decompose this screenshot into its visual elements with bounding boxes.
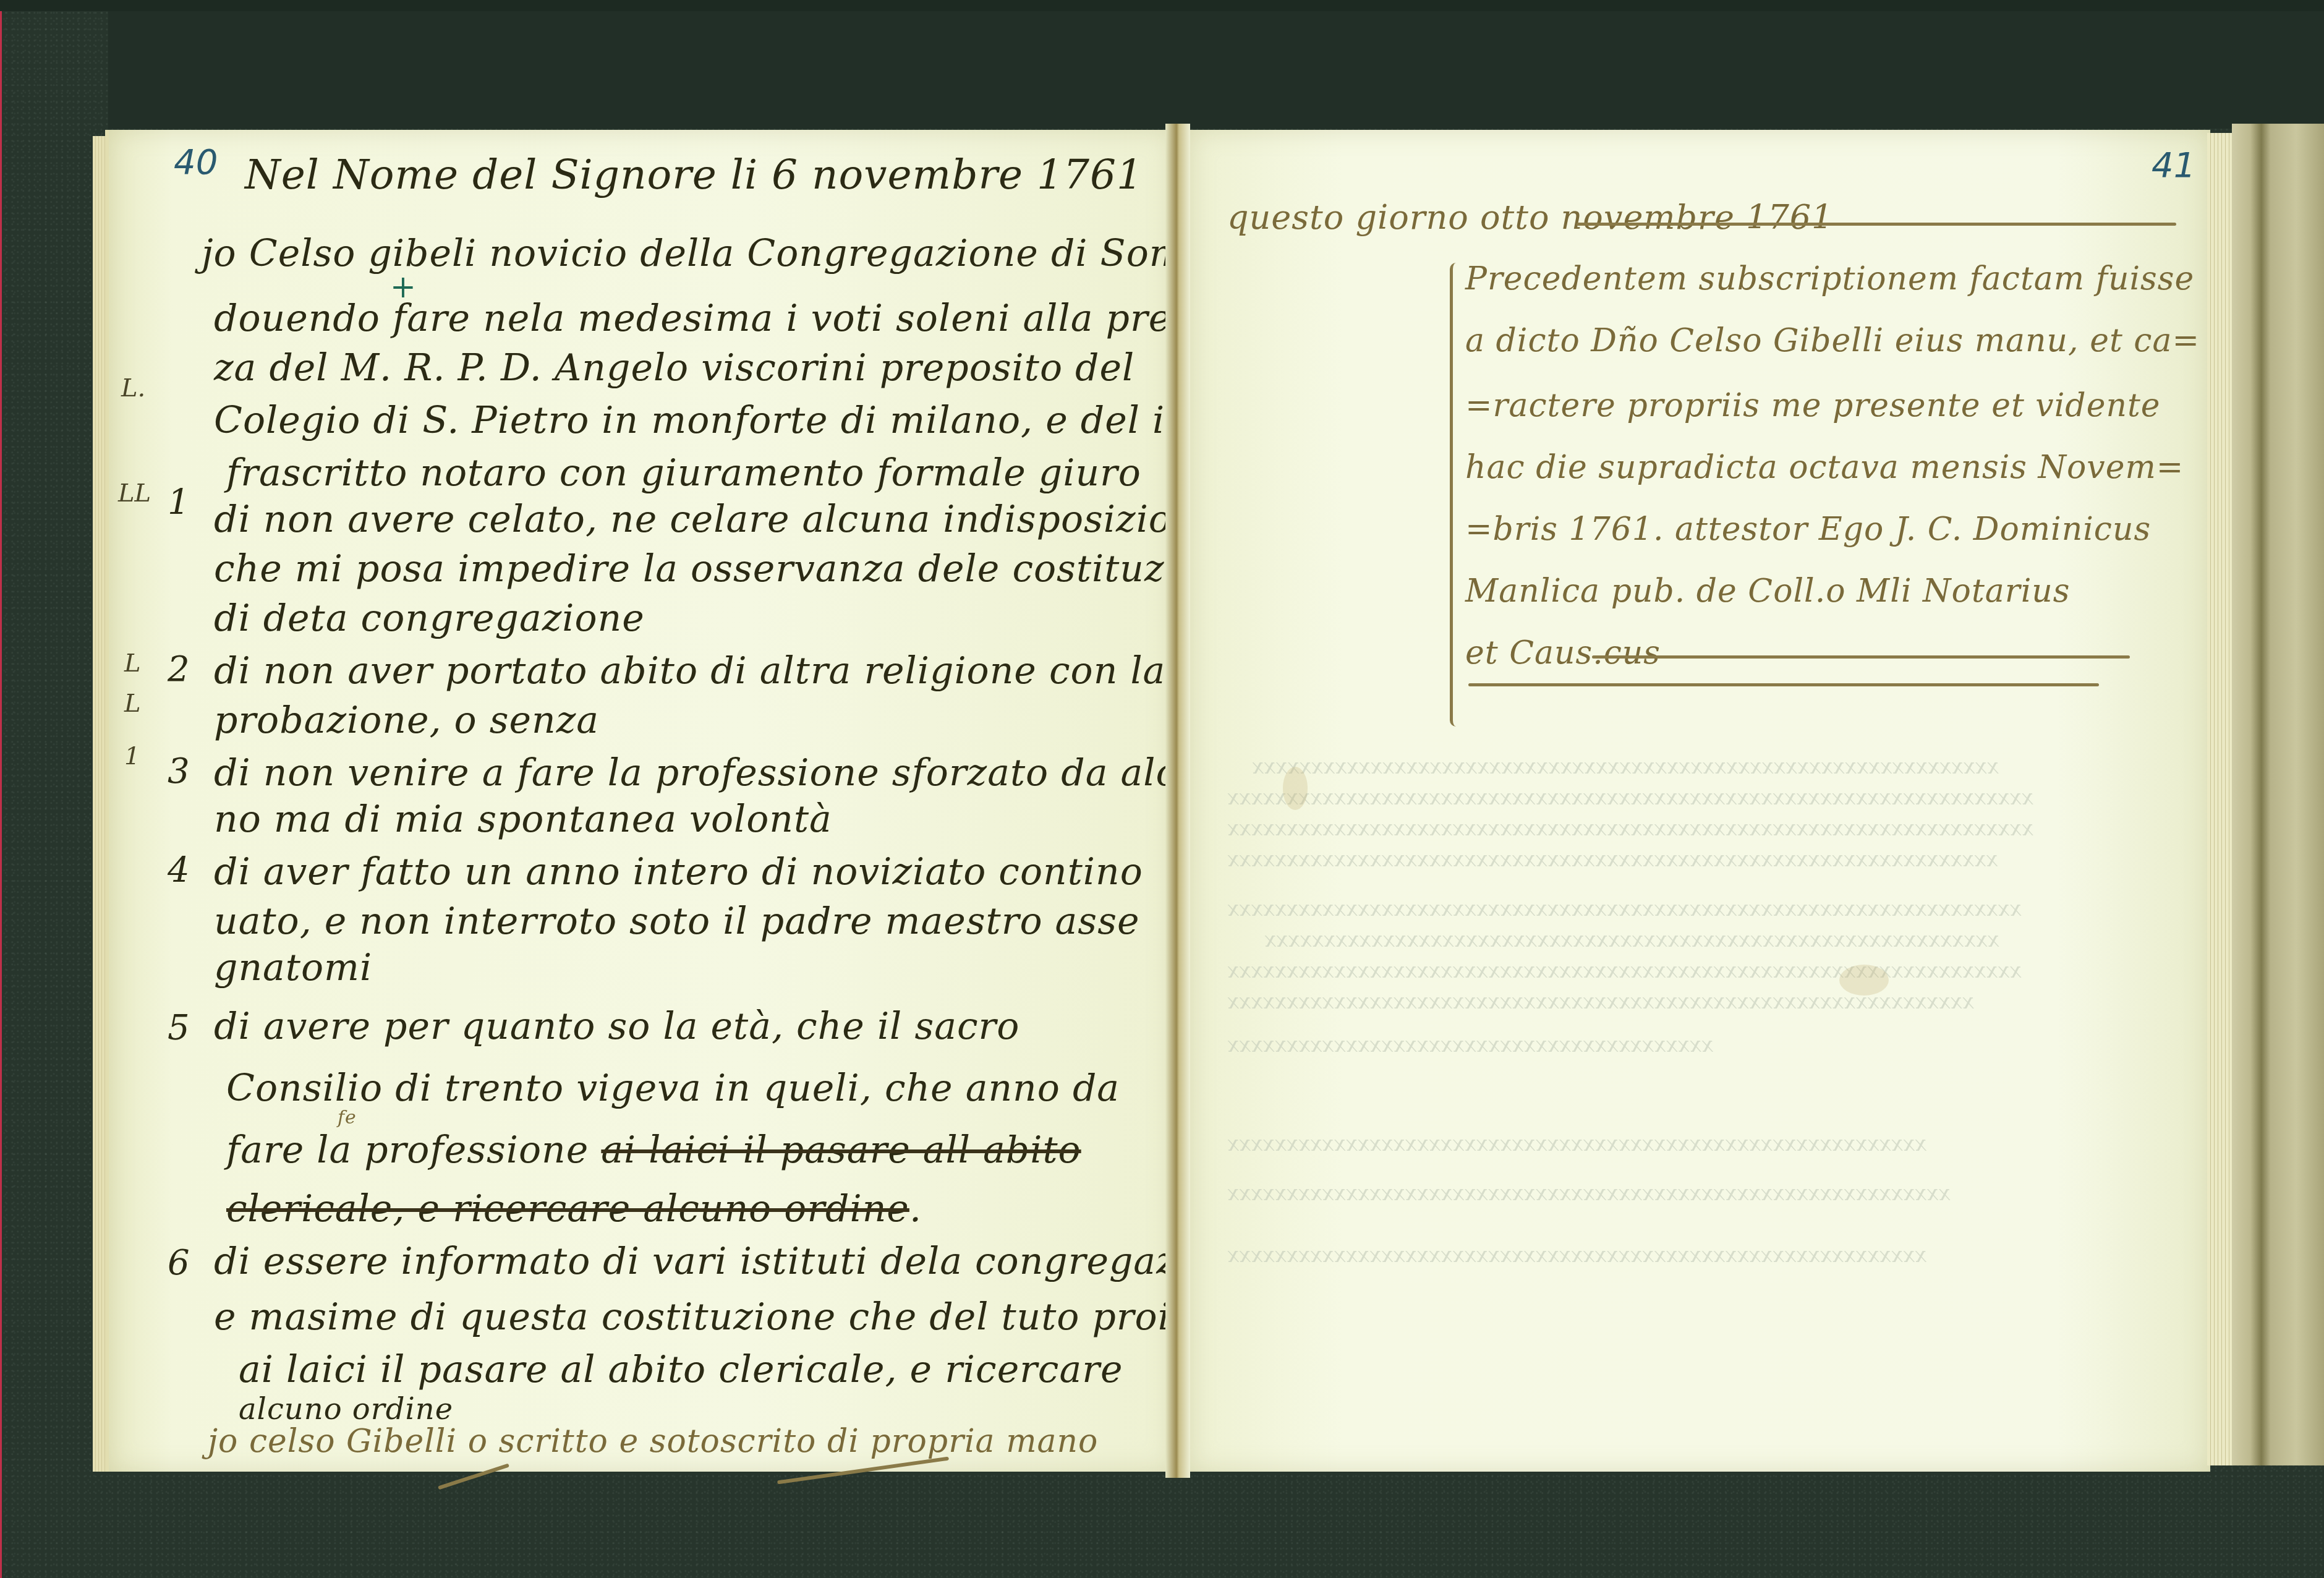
bleed-through-line: xxxxxxxxxxxxxxxxxxxxxxxxxxxxxxxxxxxxxxxx… [1227, 1181, 1951, 1206]
attestation-brace [1450, 263, 1465, 727]
struck-text-1: ai laici il pasare all abito [601, 1128, 1081, 1172]
left-line-3: za del M. R. P. D. Angelo viscorini prep… [214, 349, 1134, 386]
bleed-through-line: xxxxxxxxxxxxxxxxxxxxxxxxxxxxxxxxxxxxxxxx… [1227, 1132, 1926, 1156]
bleed-through-line: xxxxxxxxxxxxxxxxxxxxxxxxxxxxxxxxxxxxxxxx… [1264, 928, 1999, 952]
item-number-5: 5 [168, 1008, 190, 1048]
paper-stain [1283, 767, 1308, 810]
signature-line: jo celso Gibelli o scritto e sotoscrito … [208, 1425, 1098, 1457]
left-line-17: Consilio di trento vigeva in queli, che … [226, 1070, 1120, 1107]
left-line-5: frascritto notaro con giuramento formale… [226, 454, 1141, 492]
left-line-19: clericale, e ricercare alcuno ordine. [226, 1190, 922, 1227]
attestation-line-5: =bris 1761. attestor Ego J. C. Dominicus [1465, 513, 2151, 545]
left-heading: Nel Nome del Signore li 6 novembre 1761 [245, 155, 1143, 195]
bleed-through-line: xxxxxxxxxxxxxxxxxxxxxxxxxxxxxxxxxxxxxxxx… [1227, 958, 2022, 983]
professione-text: fare la professione [226, 1128, 589, 1172]
bleed-through-line: xxxxxxxxxxxxxxxxxxxxxxxxxxxxxxxxxxxxxxxx… [1252, 754, 1999, 779]
margin-mark-2: LL [118, 479, 151, 508]
attestation-line-1: Precedentem subscriptionem factam fuisse [1465, 263, 2194, 295]
item-number-3: 3 [168, 751, 190, 791]
left-line-12: no ma di mia spontanea volontà [214, 801, 832, 838]
margin-mark-5: 1 [124, 742, 140, 770]
bleed-through-line: xxxxxxxxxxxxxxxxxxxxxxxxxxxxxxxxxxxxxxxx… [1227, 847, 1998, 872]
item6-line-1: di essere informato di vari istituti del… [214, 1243, 1271, 1280]
left-page: 40 Nel Nome del Signore li 6 novembre 17… [105, 130, 1172, 1472]
attestation-line-7: et Caus.cus [1465, 637, 1661, 669]
left-line-6: di non avere celato, ne celare alcuna in… [214, 501, 1219, 538]
left-line-16: di avere per quanto so la età, che il sa… [214, 1008, 1019, 1045]
struck-text-2: clericale, e ricercare alcuno ordine [226, 1187, 909, 1230]
closing-rule-1 [1592, 655, 2130, 659]
left-line-11: di non venire a fare la professione sfor… [214, 754, 1202, 791]
book-gutter [1165, 124, 1190, 1478]
margin-mark-1: L. [121, 374, 145, 403]
item6-line-4: alcuno ordine [239, 1394, 453, 1424]
struck-end: . [909, 1187, 922, 1230]
cover-shadow [108, 11, 2324, 129]
page-number-right: 41 [2152, 145, 2195, 186]
closing-rule-2 [1468, 683, 2099, 686]
open-book: 40 Nel Nome del Signore li 6 novembre 17… [93, 124, 2324, 1478]
attestation-line-3: =ractere propriis me presente et vidente [1465, 390, 2161, 422]
bleed-through-line: xxxxxxxxxxxxxxxxxxxxxxxxxxxxxxxxxxxxxxxx… [1227, 897, 2022, 921]
left-line-8: di deta congregazione [214, 600, 645, 637]
item6-line-3: ai laici il pasare al abito clericale, e… [239, 1351, 1123, 1388]
signature-flourish-2 [777, 1457, 949, 1485]
left-line-1: jo Celso gibeli novicio della Congregazi… [202, 235, 1296, 272]
item-number-6: 6 [168, 1243, 190, 1283]
item-number-4: 4 [168, 850, 190, 890]
item-number-2: 2 [168, 649, 190, 689]
bleed-through-line: xxxxxxxxxxxxxxxxxxxxxxxxxxxxxxxxxxxxxxxx… [1227, 785, 2033, 810]
margin-mark-4: L [124, 689, 141, 718]
left-line-13: di aver fatto un anno intero di noviziat… [214, 853, 1143, 890]
heading-rule [1577, 223, 2176, 226]
right-page-stack-edges [2207, 133, 2232, 1465]
left-line-7: che mi posa impedire la osservanza dele … [214, 550, 1237, 587]
left-line-2: douendo fare nela medesima i voti soleni… [214, 300, 1238, 337]
scan-edge-marker [0, 0, 2, 1578]
left-line-18: fare la professione ai laici il pasare a… [226, 1132, 1081, 1169]
page-number-left: 40 [174, 142, 218, 182]
left-line-4: Colegio di S. Pietro in monforte di mila… [214, 402, 1190, 439]
left-line-9: di non aver portato abito di altra relig… [214, 652, 1165, 689]
left-line-14: uato, e non interroto soto il padre maes… [214, 903, 1139, 940]
insertion-fe: fe [338, 1107, 357, 1128]
attestation-line-2: a dicto Dño Celso Gibelli eius manu, et … [1465, 325, 2200, 357]
backdrop-top-band [0, 0, 2324, 11]
item-number-1: 1 [168, 482, 190, 522]
right-heading: questo giorno otto novembre 1761 [1227, 201, 1833, 234]
margin-mark-3: L [124, 649, 141, 678]
left-line-15: gnatomi [214, 949, 372, 986]
signature-flourish-1 [438, 1464, 509, 1490]
bleed-through-line: xxxxxxxxxxxxxxxxxxxxxxxxxxxxxxxxxxxxxxxx… [1227, 816, 2033, 841]
bleed-through-line: xxxxxxxxxxxxxxxxxxxxxxxxxxxxxxxxxxxxxxxx… [1227, 1243, 1926, 1268]
attestation-line-4: hac die supradicta octava mensis Novem= [1465, 451, 2184, 484]
left-line-10: probazione, o senza [214, 702, 599, 739]
bleed-through-line: xxxxxxxxxxxxxxxxxxxxxxxxxxxxxxxxxxxxxxxx… [1227, 1033, 1713, 1057]
book-binding-edge [2232, 124, 2324, 1465]
paper-stain [1839, 965, 1889, 996]
right-page: 41 questo giorno otto novembre 1761 Prec… [1190, 130, 2210, 1472]
item6-line-2: e masime di questa costituzione che del … [214, 1299, 1271, 1336]
attestation-line-6: Manlica pub. de Coll.o Mli Notarius [1465, 575, 2071, 607]
